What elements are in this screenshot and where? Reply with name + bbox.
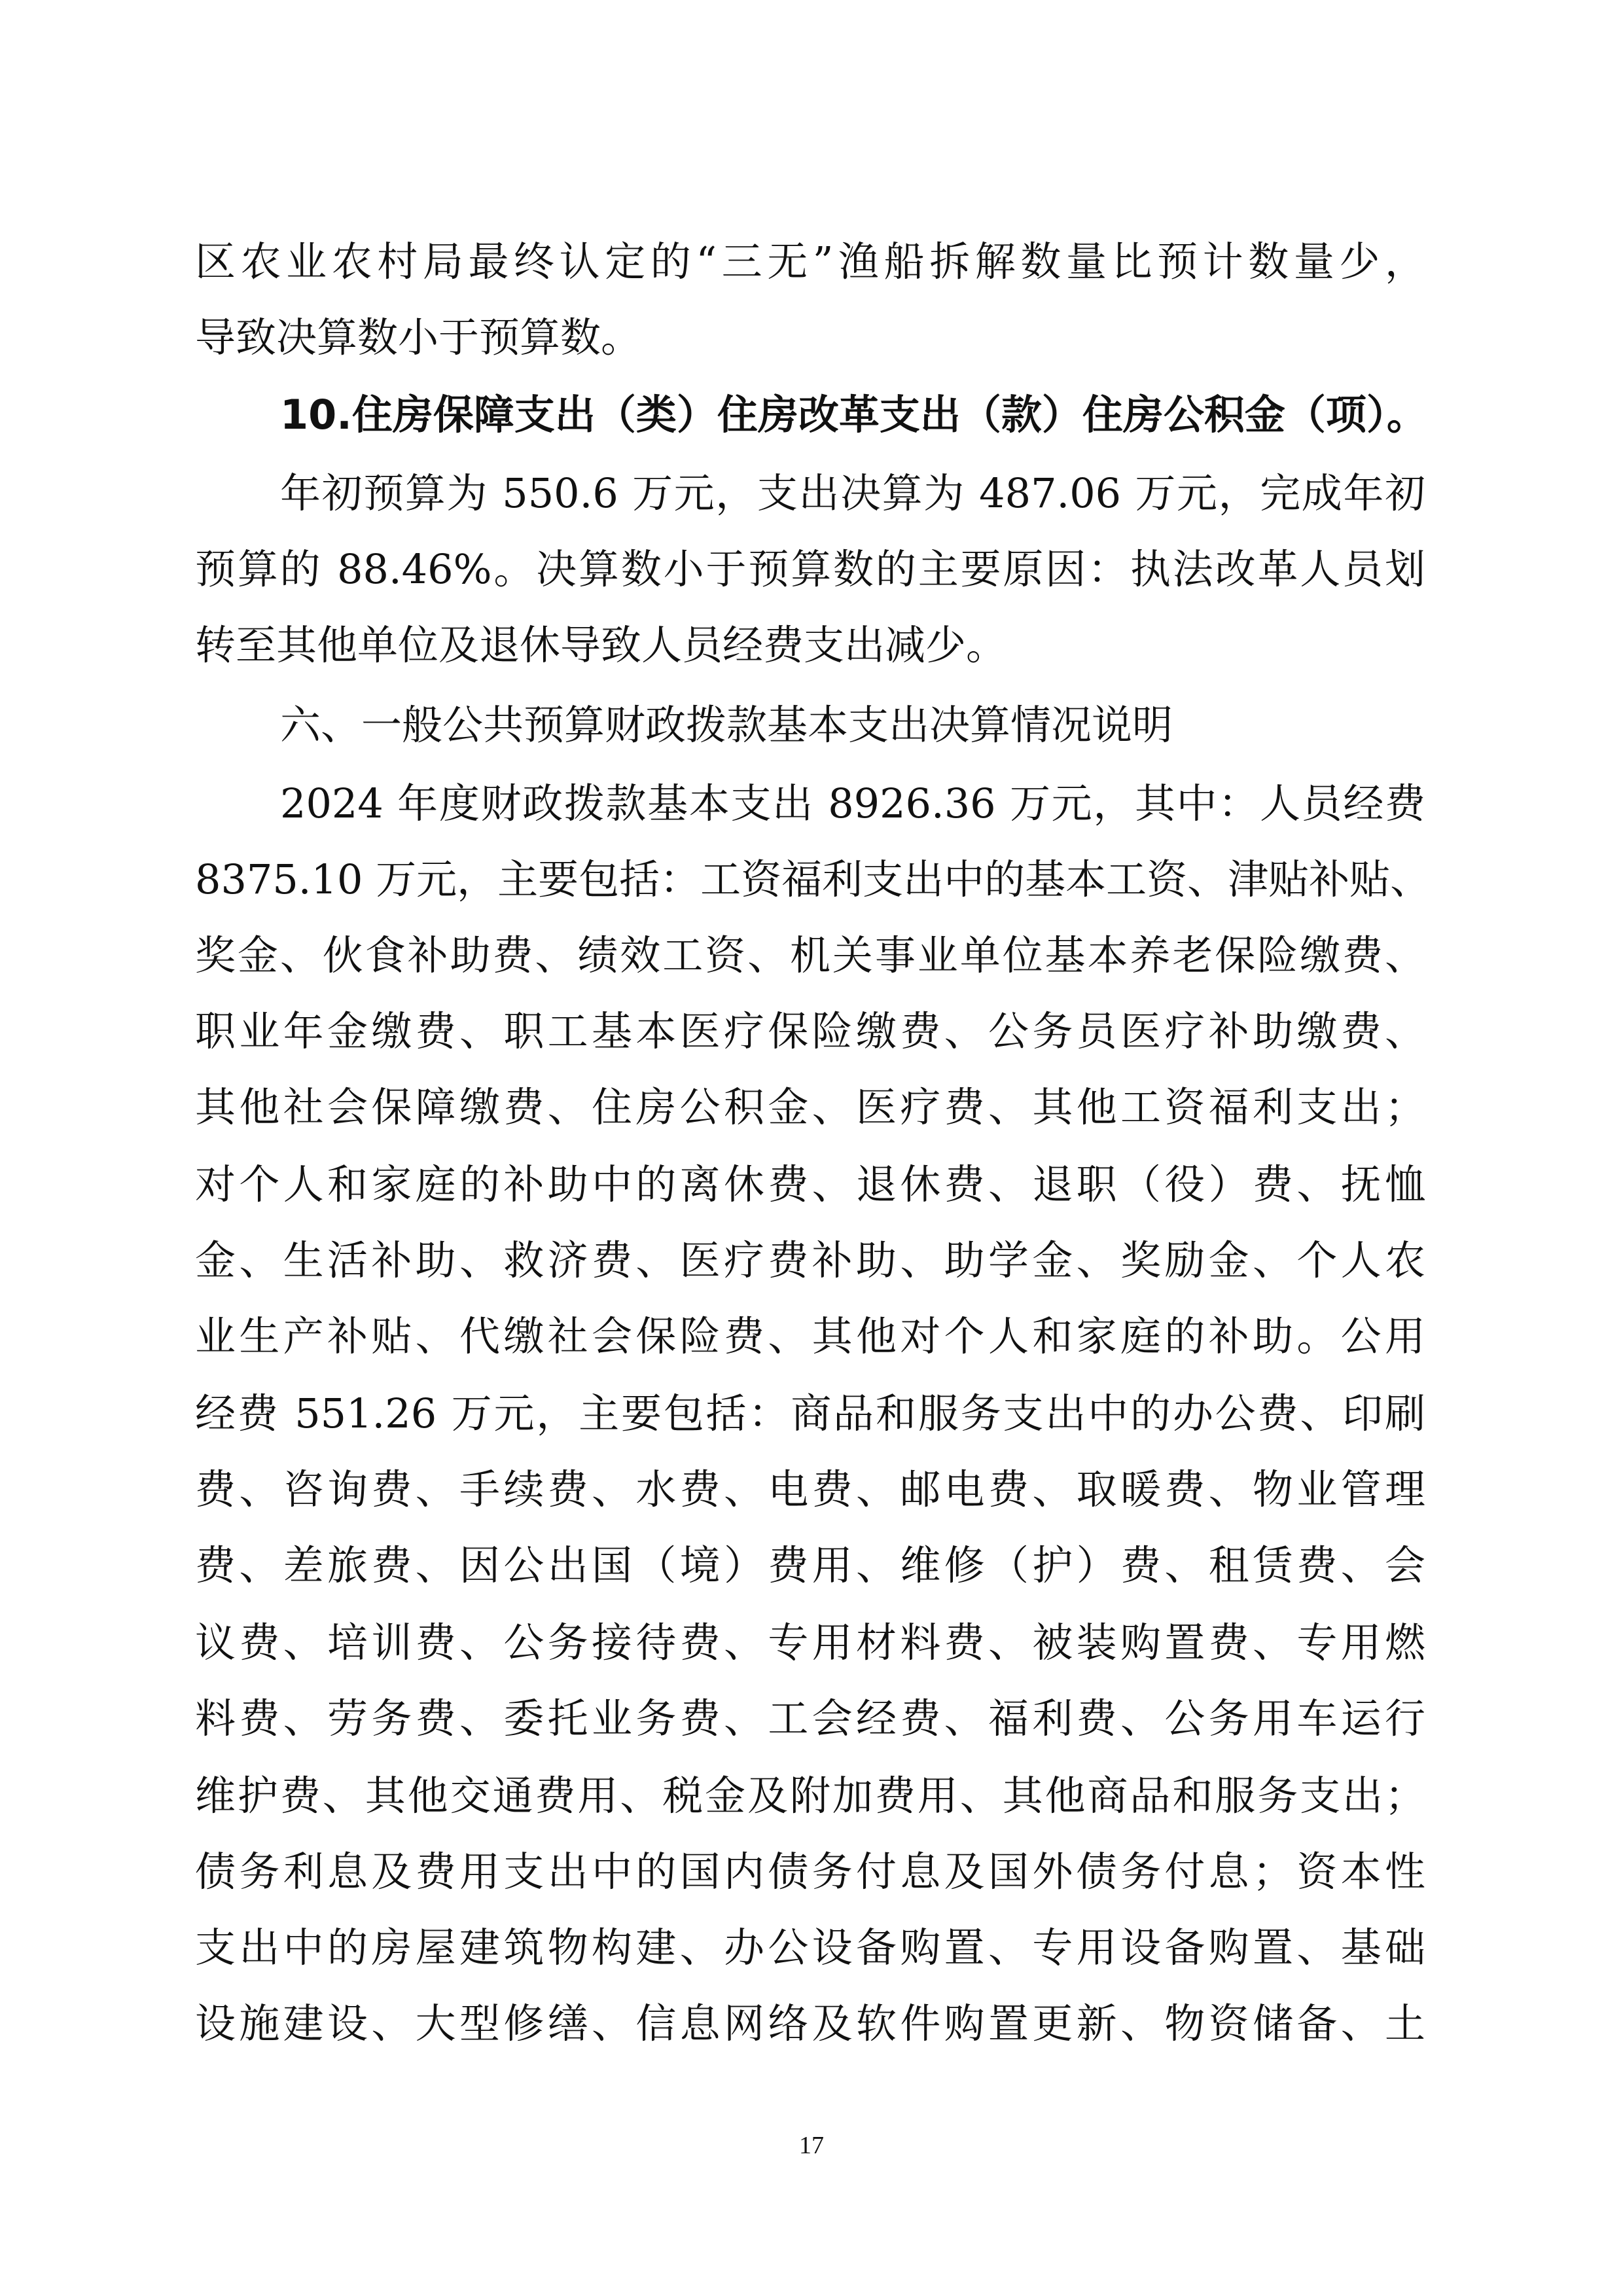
- item-10-heading: 10.住房保障支出（类）住房改革支出（款）住房公积金（项）。: [280, 377, 1425, 453]
- body-text-line: 费、差旅费、因公出国（境）费用、维修（护）费、租赁费、会: [195, 1528, 1425, 1604]
- body-text-line: 支出中的房屋建筑物构建、办公设备购置、专用设备购置、基础: [195, 1910, 1425, 1986]
- body-text-line: 年初预算为 550.6 万元，支出决算为 487.06 万元，完成年初: [280, 456, 1425, 531]
- section-6-heading: 六、一般公共预算财政拨款基本支出决算情况说明: [280, 687, 1425, 763]
- body-text-line: 其他社会保障缴费、住房公积金、医疗费、其他工资福利支出；: [195, 1069, 1425, 1145]
- body-text-line: 对个人和家庭的补助中的离休费、退休费、退职（役）费、抚恤: [195, 1147, 1425, 1223]
- body-text-line: 维护费、其他交通费用、税金及附加费用、其他商品和服务支出；: [195, 1758, 1425, 1834]
- body-text-line: 预算的 88.46%。决算数小于预算数的主要原因：执法改革人员划: [195, 531, 1425, 607]
- body-text-line: 经费 551.26 万元，主要包括：商品和服务支出中的办公费、印刷: [195, 1376, 1425, 1452]
- body-text-line: 债务利息及费用支出中的国内债务付息及国外债务付息；资本性: [195, 1834, 1425, 1910]
- body-text-line: 职业年金缴费、职工基本医疗保险缴费、公务员医疗补助缴费、: [195, 994, 1425, 1069]
- body-text-line: 8375.10 万元，主要包括：工资福利支出中的基本工资、津贴补贴、: [195, 842, 1425, 918]
- body-text-line: 业生产补贴、代缴社会保险费、其他对个人和家庭的补助。公用: [195, 1299, 1425, 1374]
- page-number: 17: [0, 2131, 1623, 2160]
- body-text-line: 导致决算数小于预算数。: [195, 300, 1425, 376]
- body-text-line: 料费、劳务费、委托业务费、工会经费、福利费、公务用车运行: [195, 1681, 1425, 1757]
- body-text-line: 议费、培训费、公务接待费、专用材料费、被装购置费、专用燃: [195, 1605, 1425, 1681]
- body-text-line: 金、生活补助、救济费、医疗费补助、助学金、奖励金、个人农: [195, 1223, 1425, 1299]
- body-text-line: 设施建设、大型修缮、信息网络及软件购置更新、物资储备、土: [195, 1986, 1425, 2062]
- document-page: 区农业农村局最终认定的“三无”渔船拆解数量比预计数量少， 导致决算数小于预算数。…: [0, 0, 1623, 2296]
- body-text-line: 奖金、伙食补助费、绩效工资、机关事业单位基本养老保险缴费、: [195, 918, 1425, 994]
- body-text-line: 区农业农村局最终认定的“三无”渔船拆解数量比预计数量少，: [195, 224, 1425, 300]
- body-text-line: 转至其他单位及退休导致人员经费支出减少。: [195, 607, 1425, 683]
- body-text-line: 费、咨询费、手续费、水费、电费、邮电费、取暖费、物业管理: [195, 1452, 1425, 1528]
- body-text-line: 2024 年度财政拨款基本支出 8926.36 万元，其中：人员经费: [280, 766, 1425, 842]
